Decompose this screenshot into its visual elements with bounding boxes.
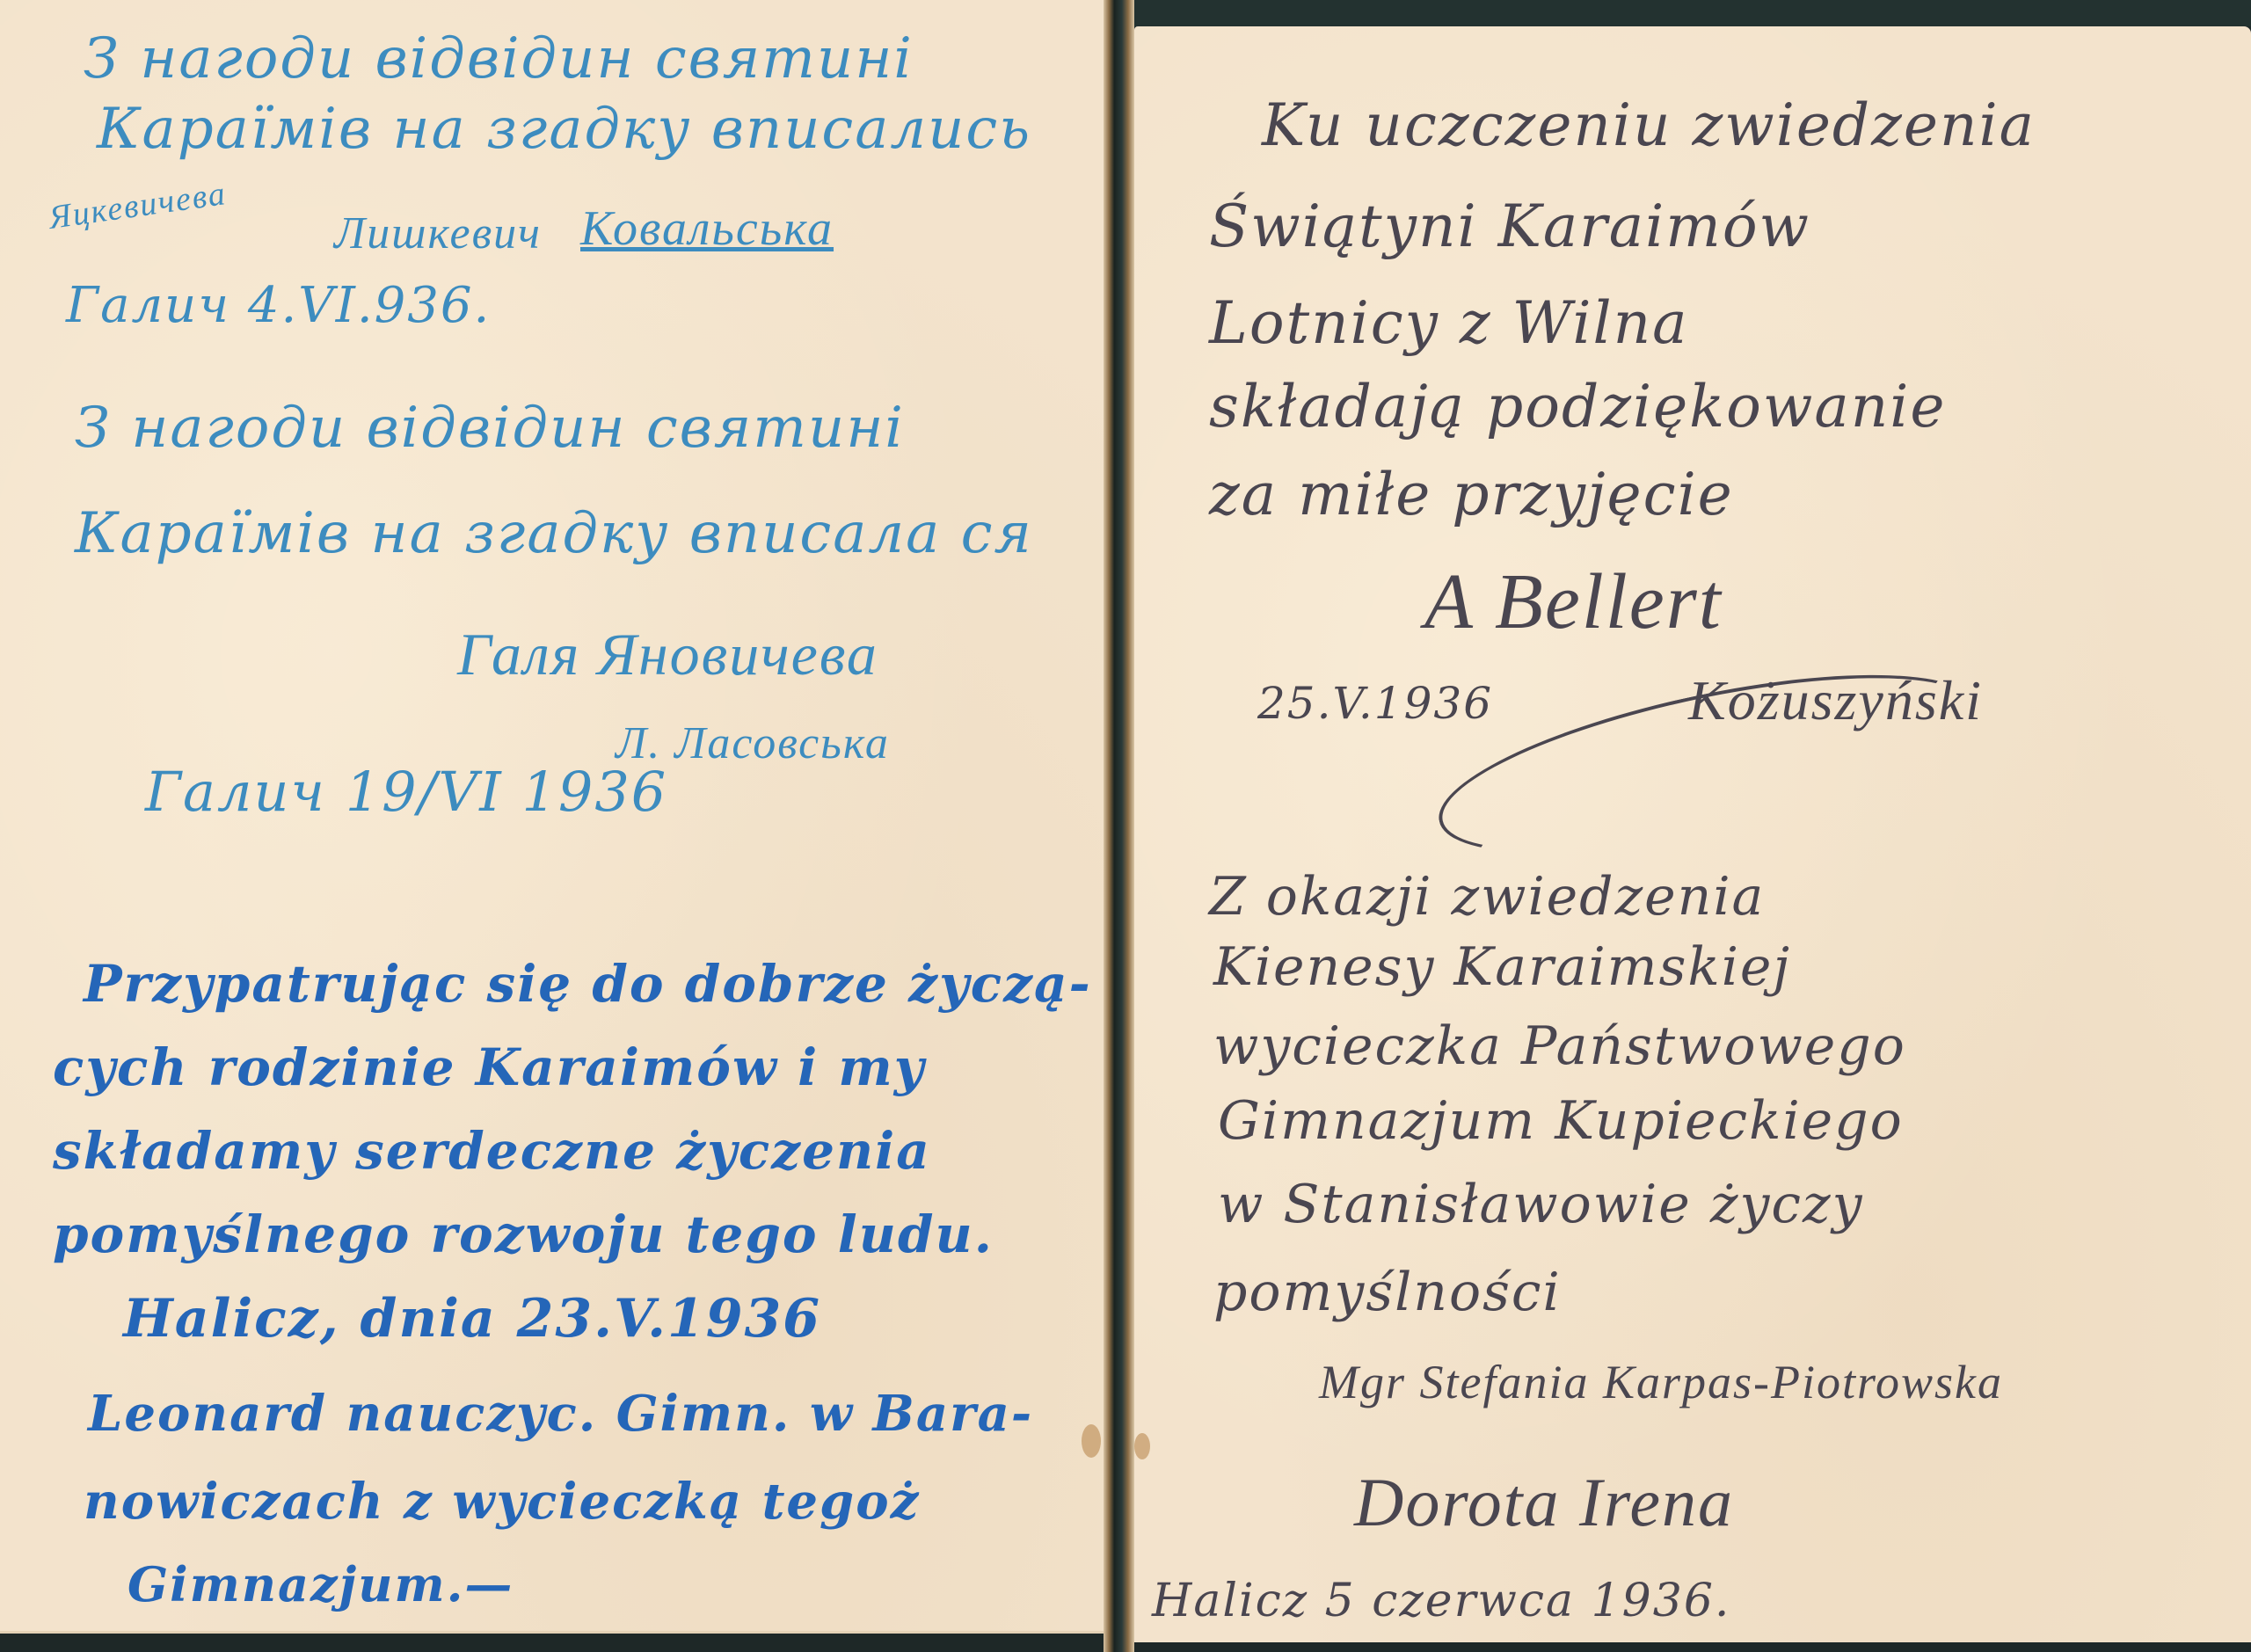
r-entry2-line2: Kienesy Karaimskiej <box>1213 941 1791 993</box>
entry3-line3: składamy serdeczne życzenia <box>53 1125 931 1176</box>
book-cover-top-edge <box>1104 0 2251 26</box>
entry2-signature: Галя Яновичева <box>457 624 878 684</box>
entry3-line4: pomyślnego rozwoju tego ludu. <box>53 1209 994 1260</box>
r-entry1-signature: A Bellert <box>1424 563 1723 642</box>
entry1-place-date: Галич 4.VI.936. <box>66 281 491 331</box>
r-entry2-line1: Z okazji zwiedzenia <box>1209 870 1765 923</box>
r-entry2-line5: w Stanisławowie życzy <box>1218 1178 1864 1231</box>
r-entry2-line3: wycieczka Państwowego <box>1213 1020 1906 1073</box>
entry3-line6: Leonard nauczyc. Gimn. w Bara- <box>88 1389 1033 1438</box>
entry3-line8: Gimnazjum.— <box>127 1561 514 1608</box>
entry1-signature-1: Лишкевич <box>334 211 542 257</box>
entry3-line2: cych rodzinie Karaimów i my <box>53 1042 925 1093</box>
binding-hole-stain <box>1082 1424 1101 1458</box>
left-page: З нагоди відвідин святині Караїмів на зг… <box>0 0 1104 1634</box>
entry1-line1: З нагоди відвідин святині <box>84 31 914 87</box>
r-entry1-line2: Świątyni Karaimów <box>1209 198 1810 256</box>
r-entry1-date: 25.V.1936 <box>1257 681 1493 725</box>
r-entry2-line4: Gimnazjum Kupieckiego <box>1218 1095 1904 1147</box>
book-spine <box>1104 0 1134 1652</box>
entry2-line2: Караїмів на згадку вписала ся <box>75 506 1033 562</box>
r-entry1-line5: za miłe przyjęcie <box>1209 466 1734 524</box>
r-entry2-place-date: Halicz 5 czerwca 1936. <box>1152 1578 1730 1624</box>
entry3-line1: Przypatrując się do dobrze życzą- <box>84 958 1092 1009</box>
r-entry2-line6: pomyślności <box>1213 1266 1562 1319</box>
entry2-line1: З нагоди відвідин святині <box>75 400 905 456</box>
entry1-margin-name: Яцкевичева <box>47 177 229 235</box>
r-entry1-line3: Lotnicy z Wilna <box>1209 295 1688 353</box>
entry1-signature-2: Ковальська <box>580 204 834 253</box>
entry3-line5: Halicz, dnia 23.V.1936 <box>123 1292 821 1345</box>
right-page: Ku uczczeniu zwiedzenia Świątyni Karaimó… <box>1134 26 2251 1642</box>
r-entry2-signature-2: Dorota Irena <box>1354 1468 1734 1537</box>
r-entry2-signature: Mgr Stefania Karpas-Piotrowska <box>1319 1358 2003 1406</box>
entry3-line7: nowiczach z wycieczką tegoż <box>84 1477 920 1526</box>
entry2-place-date: Галич 19/VI 1936 <box>145 765 667 819</box>
binding-hole-stain-right <box>1134 1433 1150 1459</box>
r-entry1-line4: składają podziękowanie <box>1209 378 1946 436</box>
entry1-line2: Караїмів на згадку вписались <box>97 101 1031 157</box>
r-entry1-line1: Ku uczczeniu zwiedzenia <box>1262 97 2036 155</box>
